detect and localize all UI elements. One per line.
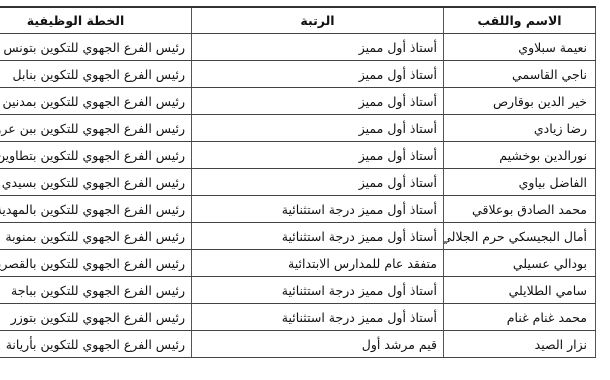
plan-cell: رئيس الفرع الجهوي للتكوين بتطاوين — [0, 142, 192, 169]
table-row: نعيمة سبلاوي أستاذ أول مميز رئيس الفرع ا… — [0, 34, 596, 61]
name-cell: نورالدين بوخشيم — [444, 142, 596, 169]
name-cell: محمد الصادق بوعلاقي — [444, 196, 596, 223]
name-cell: بودالي عسيلي — [444, 250, 596, 277]
rank-cell: أستاذ أول مميز درجة استثنائية — [192, 304, 444, 331]
name-cell: سامي الطلايلي — [444, 277, 596, 304]
table-header-row: الاسم واللقب الرتبة الخطة الوظيفية — [0, 7, 596, 34]
table-row: ناجي القاسمي أستاذ أول مميز رئيس الفرع ا… — [0, 61, 596, 88]
name-cell: نعيمة سبلاوي — [444, 34, 596, 61]
name-cell: نزار الصيد — [444, 331, 596, 358]
header-plan: الخطة الوظيفية — [0, 7, 192, 34]
rank-cell: أستاذ أول مميز درجة استثنائية — [192, 196, 444, 223]
plan-cell: رئيس الفرع الجهوي للتكوين بالمهدية — [0, 196, 192, 223]
appointments-table-container: الاسم واللقب الرتبة الخطة الوظيفية نعيمة… — [0, 6, 596, 358]
name-cell: الفاضل بياوي — [444, 169, 596, 196]
table-row: رضا زيادي أستاذ أول مميز رئيس الفرع الجه… — [0, 115, 596, 142]
rank-cell: أستاذ أول مميز — [192, 142, 444, 169]
rank-cell: أستاذ أول مميز — [192, 61, 444, 88]
plan-cell: رئيس الفرع الجهوي للتكوين بتوزر — [0, 304, 192, 331]
plan-cell: رئيس الفرع الجهوي للتكوين بمنوبة — [0, 223, 192, 250]
header-rank: الرتبة — [192, 7, 444, 34]
table-row: محمد الصادق بوعلاقي أستاذ أول مميز درجة … — [0, 196, 596, 223]
plan-cell: رئيس الفرع الجهوي للتكوين بالقصرين — [0, 250, 192, 277]
name-cell: محمد غنام غنام — [444, 304, 596, 331]
plan-cell: رئيس الفرع الجهوي للتكوين بمدنين — [0, 88, 192, 115]
name-cell: ناجي القاسمي — [444, 61, 596, 88]
name-cell: رضا زيادي — [444, 115, 596, 142]
plan-cell: رئيس الفرع الجهوي للتكوين بسيدي بوزيد — [0, 169, 192, 196]
plan-cell: رئيس الفرع الجهوي للتكوين بأريانة — [0, 331, 192, 358]
plan-cell: رئيس الفرع الجهوي للتكوين بباجة — [0, 277, 192, 304]
name-cell: خير الدين بوقارص — [444, 88, 596, 115]
appointments-table: الاسم واللقب الرتبة الخطة الوظيفية نعيمة… — [0, 6, 596, 358]
table-row: أمال البجيسكي حرم الجلالي أستاذ أول مميز… — [0, 223, 596, 250]
rank-cell: أستاذ أول مميز — [192, 115, 444, 142]
rank-cell: أستاذ أول مميز — [192, 34, 444, 61]
rank-cell: أستاذ أول مميز درجة استثنائية — [192, 223, 444, 250]
plan-cell: رئيس الفرع الجهوي للتكوين بنابل — [0, 61, 192, 88]
rank-cell: أستاذ أول مميز درجة استثنائية — [192, 277, 444, 304]
table-row: نزار الصيد قيم مرشد أول رئيس الفرع الجهو… — [0, 331, 596, 358]
name-cell: أمال البجيسكي حرم الجلالي — [444, 223, 596, 250]
rank-cell: أستاذ أول مميز — [192, 88, 444, 115]
table-row: الفاضل بياوي أستاذ أول مميز رئيس الفرع ا… — [0, 169, 596, 196]
table-row: محمد غنام غنام أستاذ أول مميز درجة استثن… — [0, 304, 596, 331]
table-row: بودالي عسيلي متفقد عام للمدارس الابتدائي… — [0, 250, 596, 277]
rank-cell: متفقد عام للمدارس الابتدائية — [192, 250, 444, 277]
header-name: الاسم واللقب — [444, 7, 596, 34]
table-row: سامي الطلايلي أستاذ أول مميز درجة استثنا… — [0, 277, 596, 304]
table-row: خير الدين بوقارص أستاذ أول مميز رئيس الف… — [0, 88, 596, 115]
plan-cell: رئيس الفرع الجهوي للتكوين ببن عروس — [0, 115, 192, 142]
rank-cell: أستاذ أول مميز — [192, 169, 444, 196]
rank-cell: قيم مرشد أول — [192, 331, 444, 358]
plan-cell: رئيس الفرع الجهوي للتكوين بتونس 1 — [0, 34, 192, 61]
table-row: نورالدين بوخشيم أستاذ أول مميز رئيس الفر… — [0, 142, 596, 169]
